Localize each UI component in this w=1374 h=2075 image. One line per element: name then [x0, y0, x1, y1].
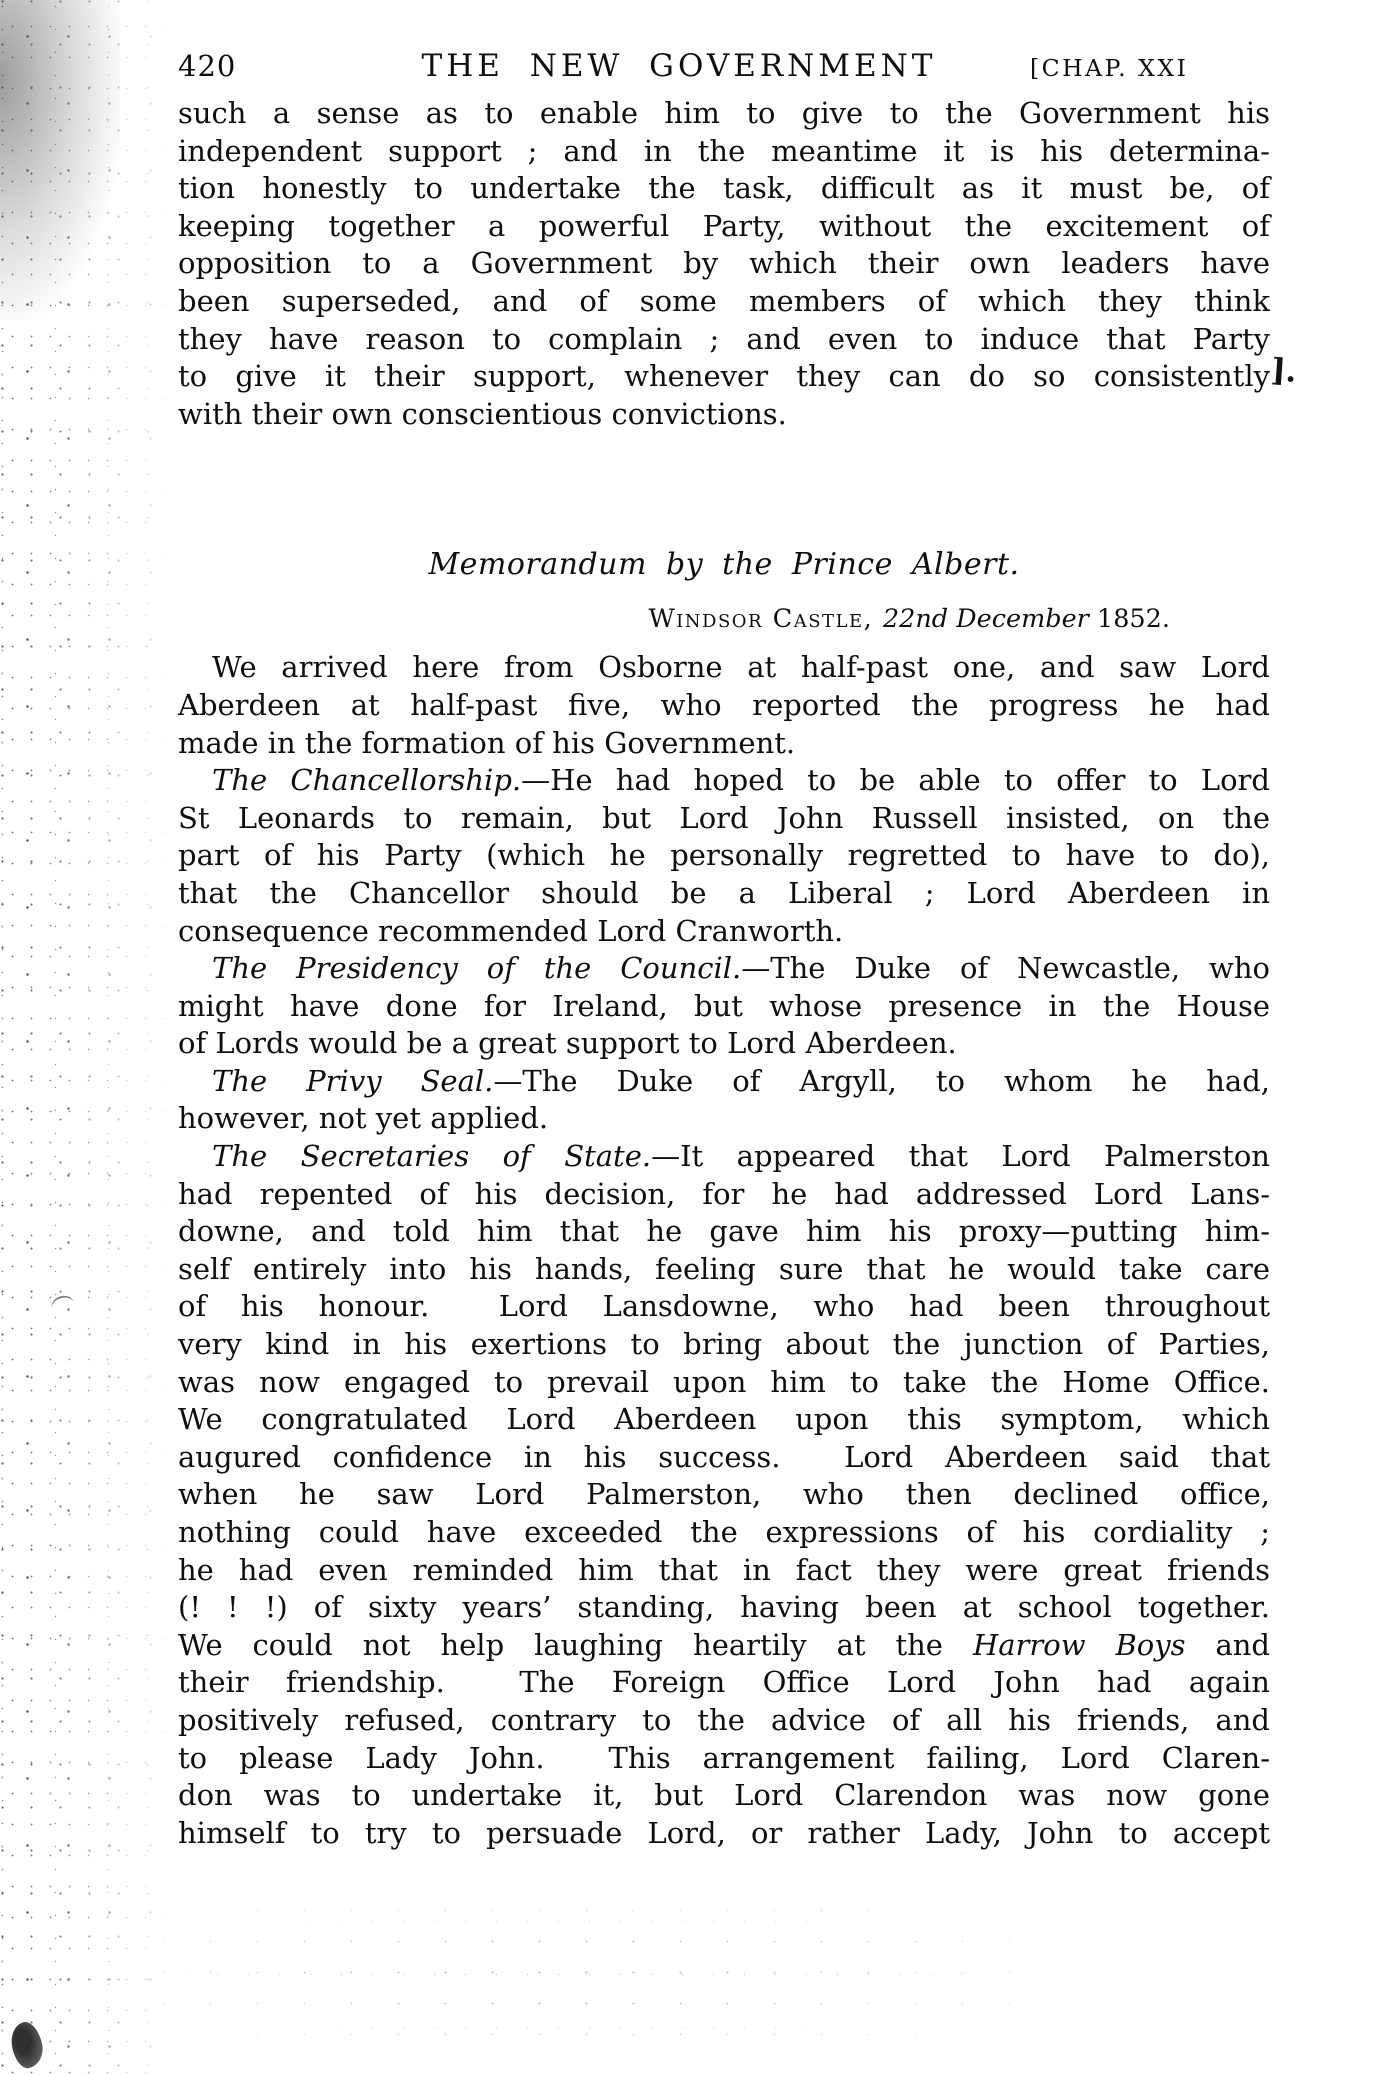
text-segment: himself to try to persuade Lord, or rath… [178, 1816, 1270, 1850]
text-line: they have reason to complain ; and even … [178, 321, 1270, 359]
text-segment: when he saw Lord Palmerston, who then de… [178, 1477, 1270, 1511]
text-line: to please Lady John. This arrangement fa… [178, 1740, 1270, 1778]
paragraph: such a sense as to enable him to give to… [178, 95, 1270, 433]
text-line: made in the formation of his Government. [178, 725, 1270, 763]
chapter-label: [CHAP. XXI [1030, 54, 1270, 82]
text-line: part of his Party (which he personally r… [178, 837, 1270, 875]
text-segment: don was to undertake it, but Lord Claren… [178, 1778, 1270, 1812]
text-line: The Privy Seal.—The Duke of Argyll, to w… [178, 1063, 1270, 1101]
text-segment: that the Chancellor should be a Liberal … [178, 876, 1270, 910]
text-segment: nothing could have exceeded the expressi… [178, 1515, 1270, 1549]
text-line: such a sense as to enable him to give to… [178, 95, 1270, 133]
text-segment: positively refused, contrary to the advi… [178, 1703, 1270, 1737]
text-line: don was to undertake it, but Lord Claren… [178, 1777, 1270, 1815]
text-line: downe, and told him that he gave him his… [178, 1213, 1270, 1251]
dateline-place: Windsor Castle, [648, 604, 882, 634]
text-line: We could not help laughing heartily at t… [178, 1627, 1270, 1665]
text-line: had repented of his decision, for he had… [178, 1176, 1270, 1214]
text-segment: —The Duke of Argyll, to whom he had, [493, 1064, 1270, 1098]
paragraph: The Privy Seal.—The Duke of Argyll, to w… [178, 1063, 1270, 1138]
text-segment: made in the formation of his Government. [178, 726, 795, 760]
text-segment: been superseded, and of some members of … [178, 284, 1270, 318]
italic-text: The Privy Seal. [212, 1064, 493, 1098]
text-segment: with their own conscientious convictions… [178, 397, 787, 431]
text-line: of his honour. Lord Lansdowne, who had b… [178, 1288, 1270, 1326]
dateline-year: 1852. [1097, 604, 1170, 634]
text-line: The Secretaries of State.—It appeared th… [178, 1138, 1270, 1176]
text-segment: to please Lady John. This arrangement fa… [178, 1741, 1270, 1775]
text-segment: their friendship. The Foreign Office Lor… [178, 1665, 1270, 1699]
text-line: very kind in his exertions to bring abou… [178, 1326, 1270, 1364]
stray-ink-mark: ]. [1269, 352, 1297, 390]
chapter-title: THE NEW GOVERNMENT [328, 48, 1030, 84]
text-segment: downe, and told him that he gave him his… [178, 1214, 1270, 1248]
text-segment: was now engaged to prevail upon him to t… [178, 1365, 1270, 1399]
text-segment: such a sense as to enable him to give to… [178, 96, 1270, 130]
text-line: Aberdeen at half-past five, who reported… [178, 687, 1270, 725]
paragraph: We arrived here from Osborne at half-pas… [178, 649, 1270, 762]
italic-text: Harrow Boys [973, 1628, 1186, 1662]
page-number: 420 [178, 49, 328, 83]
text-line: St Leonards to remain, but Lord John Rus… [178, 800, 1270, 838]
text-line: however, not yet applied. [178, 1100, 1270, 1138]
text-line: when he saw Lord Palmerston, who then de… [178, 1476, 1270, 1514]
text-line: The Presidency of the Council.—The Duke … [178, 950, 1270, 988]
italic-text: The Chancellorship. [212, 763, 521, 797]
text-line: opposition to a Government by which thei… [178, 245, 1270, 283]
text-segment: St Leonards to remain, but Lord John Rus… [178, 801, 1270, 835]
text-line: been superseded, and of some members of … [178, 283, 1270, 321]
text-line: The Chancellorship.—He had hoped to be a… [178, 762, 1270, 800]
text-line: consequence recommended Lord Cranworth. [178, 913, 1270, 951]
text-segment: (! ! !) of sixty years’ standing, having… [178, 1590, 1270, 1624]
memorandum-heading: Memorandum by the Prince Albert. [178, 545, 1270, 585]
text-line: their friendship. The Foreign Office Lor… [178, 1664, 1270, 1702]
book-page: 420 THE NEW GOVERNMENT [CHAP. XXI such a… [0, 0, 1374, 2075]
text-line: was now engaged to prevail upon him to t… [178, 1364, 1270, 1402]
text-segment: they have reason to complain ; and even … [178, 322, 1270, 356]
text-segment: self entirely into his hands, feeling su… [178, 1252, 1270, 1286]
text-segment: —He had hoped to be able to offer to Lor… [521, 763, 1270, 797]
text-line: nothing could have exceeded the expressi… [178, 1514, 1270, 1552]
paragraph: The Chancellorship.—He had hoped to be a… [178, 762, 1270, 950]
paragraph: The Secretaries of State.—It appeared th… [178, 1138, 1270, 1852]
text-segment: of his honour. Lord Lansdowne, who had b… [178, 1289, 1270, 1323]
text-segment: independent support ; and in the meantim… [178, 134, 1270, 168]
text-segment: Aberdeen at half-past five, who reported… [178, 688, 1270, 722]
text-segment: part of his Party (which he personally r… [178, 838, 1270, 872]
text-line: with their own conscientious convictions… [178, 396, 1270, 434]
text-line: that the Chancellor should be a Liberal … [178, 875, 1270, 913]
text-line: We arrived here from Osborne at half-pas… [178, 649, 1270, 687]
text-line: might have done for Ireland, but whose p… [178, 988, 1270, 1026]
text-line: of Lords would be a great support to Lor… [178, 1025, 1270, 1063]
text-segment: We could not help laughing heartily at t… [178, 1628, 973, 1662]
dateline-date: 22nd December [883, 604, 1097, 634]
text-segment: tion honestly to undertake the task, dif… [178, 171, 1270, 205]
paragraph: The Presidency of the Council.—The Duke … [178, 950, 1270, 1063]
text-segment: We congratulated Lord Aberdeen upon this… [178, 1402, 1270, 1436]
text-line: positively refused, contrary to the advi… [178, 1702, 1270, 1740]
text-line: self entirely into his hands, feeling su… [178, 1251, 1270, 1289]
dateline: Windsor Castle, 22nd December 1852. [178, 602, 1270, 636]
text-segment: to give it their support, whenever they … [178, 359, 1270, 393]
text-segment: however, not yet applied. [178, 1101, 548, 1135]
text-segment: very kind in his exertions to bring abou… [178, 1327, 1270, 1361]
scan-noise-bottom [140, 1895, 1100, 2070]
text-segment: of Lords would be a great support to Lor… [178, 1026, 957, 1060]
text-segment: he had even reminded him that in fact th… [178, 1553, 1270, 1587]
text-line: independent support ; and in the meantim… [178, 133, 1270, 171]
text-segment: and [1186, 1628, 1270, 1662]
text-line: We congratulated Lord Aberdeen upon this… [178, 1401, 1270, 1439]
text-line: keeping together a powerful Party, witho… [178, 208, 1270, 246]
text-segment: We arrived here from Osborne at half-pas… [212, 650, 1270, 684]
text-segment: consequence recommended Lord Cranworth. [178, 914, 843, 948]
text-segment: might have done for Ireland, but whose p… [178, 989, 1270, 1023]
text-segment: had repented of his decision, for he had… [178, 1177, 1270, 1211]
text-line: (! ! !) of sixty years’ standing, having… [178, 1589, 1270, 1627]
text-line: to give it their support, whenever they … [178, 358, 1270, 396]
running-header: 420 THE NEW GOVERNMENT [CHAP. XXI [178, 48, 1270, 90]
text-segment: —The Duke of Newcastle, who [741, 951, 1270, 985]
italic-text: The Secretaries of State. [212, 1139, 651, 1173]
text-segment: augured confidence in his success. Lord … [178, 1440, 1270, 1474]
text-segment: opposition to a Government by which thei… [178, 246, 1270, 280]
scan-shade-top-left [0, 0, 120, 320]
text-segment: —It appeared that Lord Palmerston [651, 1139, 1270, 1173]
text-line: augured confidence in his success. Lord … [178, 1439, 1270, 1477]
text-line: himself to try to persuade Lord, or rath… [178, 1815, 1270, 1853]
italic-text: The Presidency of the Council. [212, 951, 741, 985]
text-line: he had even reminded him that in fact th… [178, 1552, 1270, 1590]
text-segment: keeping together a powerful Party, witho… [178, 209, 1270, 243]
text-line: tion honestly to undertake the task, dif… [178, 170, 1270, 208]
body-text: such a sense as to enable him to give to… [178, 95, 1270, 1852]
text-column: 420 THE NEW GOVERNMENT [CHAP. XXI such a… [178, 0, 1270, 1852]
